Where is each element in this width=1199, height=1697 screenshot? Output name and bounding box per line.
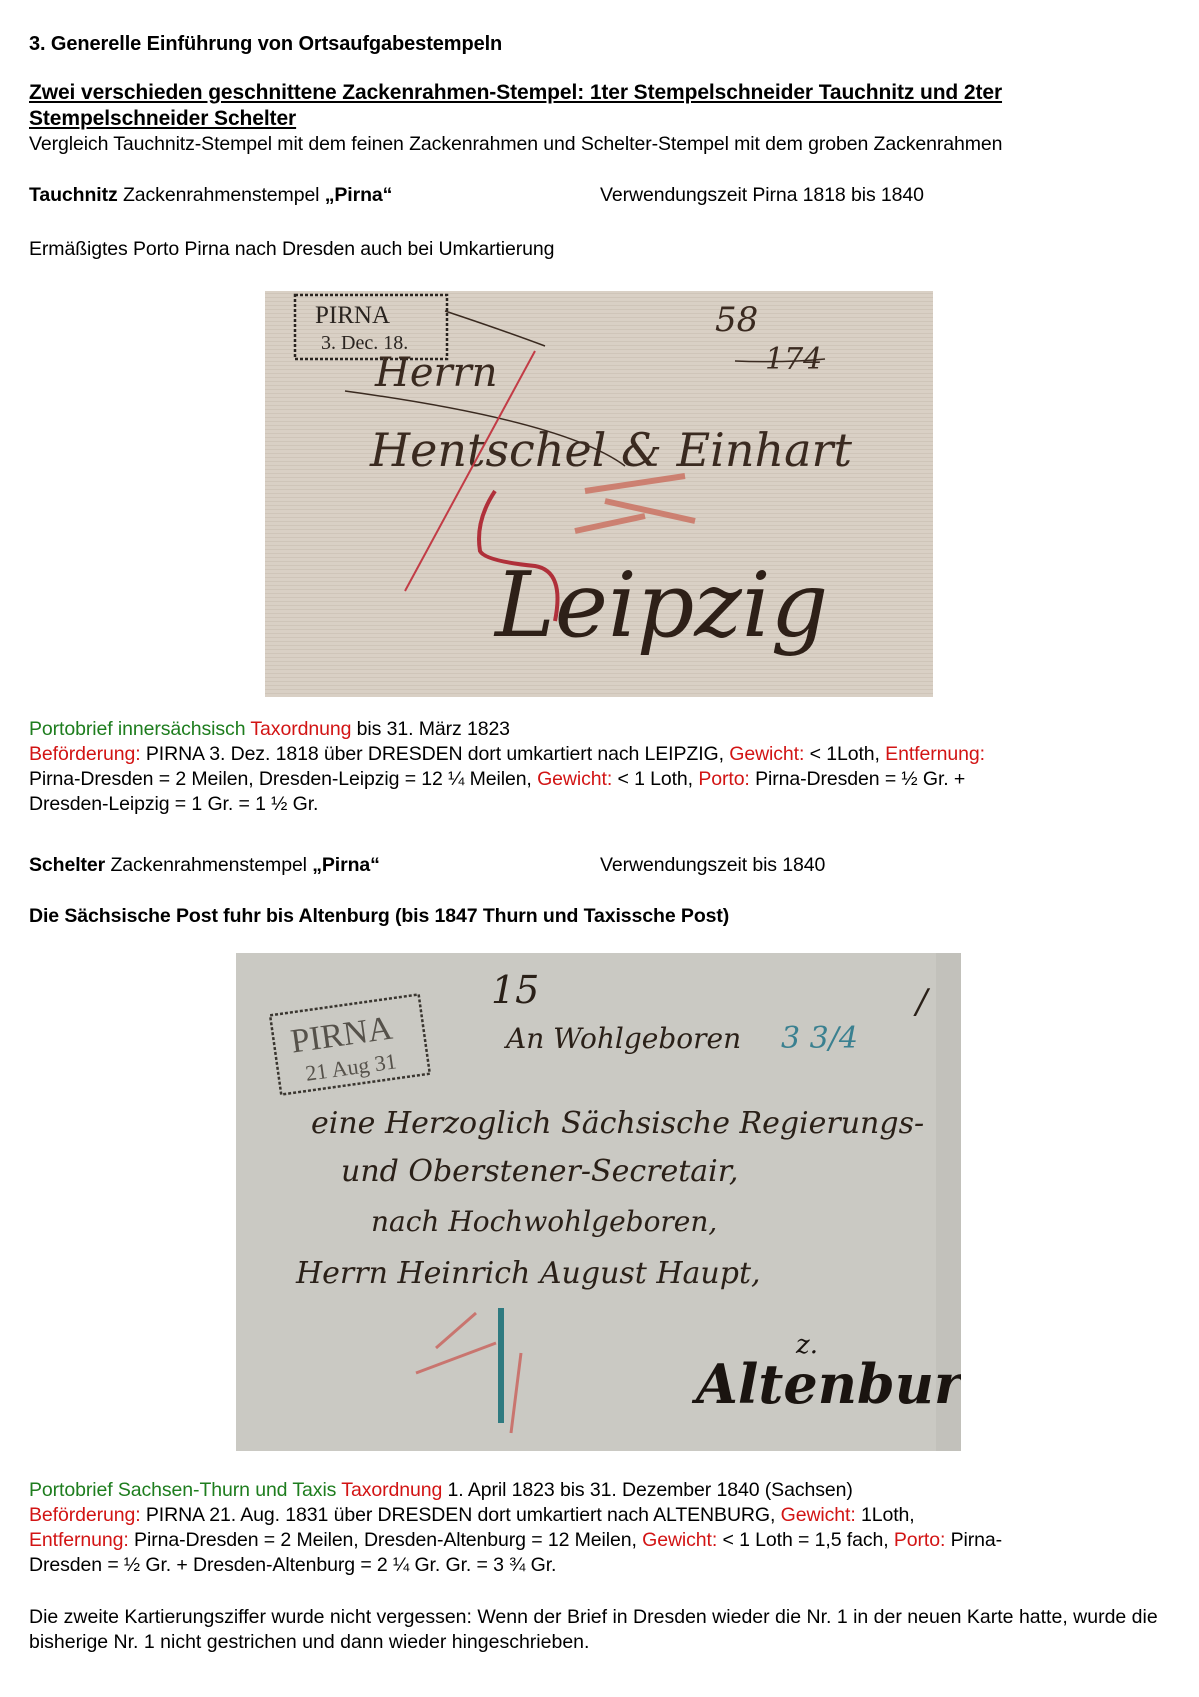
item2-desc-line-3: Entfernung: Pirna-Dresden = 2 Meilen, Dr… (29, 1528, 1002, 1553)
svg-text:Altenburg: Altenburg (691, 1352, 961, 1416)
gewicht-value: < 1Loth, (804, 743, 885, 765)
cover-image-pirna-altenburg: PIRNA 21 Aug 31 15 / 3 3/4 An Wohlgebore… (236, 953, 961, 1451)
svg-text:An Wohlgeboren: An Wohlgeboren (503, 1022, 741, 1055)
svg-text:PIRNA: PIRNA (315, 302, 390, 329)
gewicht-value-2: < 1 Loth = 1,5 fach, (717, 1529, 894, 1551)
taxordnung-value: 1. April 1823 bis 31. Dezember 1840 (Sac… (442, 1479, 853, 1501)
item2-desc-line-2: Beförderung: PIRNA 21. Aug. 1831 über DR… (29, 1503, 915, 1528)
befoerderung-value: PIRNA 3. Dez. 1818 über DRESDEN dort umk… (141, 743, 730, 765)
gewicht-value: 1Loth, (856, 1504, 915, 1526)
svg-text:und Oberstener-Secretair,: und Oberstener-Secretair, (341, 1154, 738, 1189)
porto-value: Pirna-Dresden = ½ Gr. + (750, 768, 965, 790)
entfernung-value: Pirna-Dresden = 2 Meilen, Dresden-Altenb… (129, 1529, 642, 1551)
cover-image-pirna-leipzig: PIRNA 3. Dec. 18. 58 174 Herrn Hentschel… (265, 291, 933, 697)
svg-text:eine Herzoglich Sächsische Reg: eine Herzoglich Sächsische Regierungs- (311, 1106, 924, 1141)
label-taxordnung: Taxordnung (336, 1479, 442, 1501)
item2-stamp-type: Zackenrahmenstempel (105, 854, 312, 876)
item1-stamp-name: „Pirna“ (325, 184, 393, 206)
entfernung-value: Pirna-Dresden = 2 Meilen, Dresden-Leipzi… (29, 768, 537, 790)
svg-text:15: 15 (491, 968, 539, 1012)
porto-value: Pirna- (945, 1529, 1002, 1551)
svg-text:3 3/4: 3 3/4 (781, 1021, 858, 1056)
item1-stamp-type: Zackenrahmenstempel (118, 184, 325, 206)
label-porto: Porto: (894, 1529, 945, 1551)
subtitle-line-1: Zwei verschieden geschnittene Zackenrahm… (29, 80, 1002, 106)
item1-desc-line-2: Beförderung: PIRNA 3. Dez. 1818 über DRE… (29, 742, 985, 767)
item1-cutter: Tauchnitz (29, 184, 118, 206)
label-gewicht-2: Gewicht: (642, 1529, 717, 1551)
postal-category: Portobrief innersächsisch (29, 718, 245, 740)
label-gewicht-2: Gewicht: (537, 768, 612, 790)
item2-stamp-name: „Pirna“ (312, 854, 380, 876)
item2-heading: Schelter Zackenrahmenstempel „Pirna“ (29, 853, 380, 878)
letter-illustration-2: PIRNA 21 Aug 31 15 / 3 3/4 An Wohlgebore… (236, 953, 961, 1451)
label-entfernung: Entfernung: (29, 1529, 129, 1551)
item1-note: Ermäßigtes Porto Pirna nach Dresden auch… (29, 237, 554, 262)
svg-text:Herrn Heinrich August Haupt,: Herrn Heinrich August Haupt, (295, 1256, 761, 1291)
gewicht-value-2: < 1 Loth, (612, 768, 698, 790)
label-befoerderung: Beförderung: (29, 1504, 141, 1526)
footnote: Die zweite Kartierungsziffer wurde nicht… (29, 1605, 1169, 1655)
label-entfernung: Entfernung: (885, 743, 985, 765)
item2-desc-line-1: Portobrief Sachsen-Thurn und Taxis Taxor… (29, 1478, 853, 1503)
item1-desc-line-3: Pirna-Dresden = 2 Meilen, Dresden-Leipzi… (29, 767, 965, 792)
svg-text:nach Hochwohlgeboren,: nach Hochwohlgeboren, (371, 1205, 717, 1238)
letter-illustration-1: PIRNA 3. Dec. 18. 58 174 Herrn Hentschel… (265, 291, 933, 697)
svg-text:Hentschel & Einhart: Hentschel & Einhart (369, 423, 853, 477)
section-title: 3. Generelle Einführung von Ortsaufgabes… (29, 32, 502, 57)
item2-desc-line-4: Dresden = ½ Gr. + Dresden-Altenburg = 2 … (29, 1553, 556, 1578)
label-befoerderung: Beförderung: (29, 743, 141, 765)
befoerderung-value: PIRNA 21. Aug. 1831 über DRESDEN dort um… (141, 1504, 781, 1526)
item1-usage: Verwendungszeit Pirna 1818 bis 1840 (600, 183, 924, 208)
subtitle-line-2: Stempelschneider Schelter (29, 106, 296, 132)
label-gewicht: Gewicht: (729, 743, 804, 765)
item1-desc-line-4: Dresden-Leipzig = 1 Gr. = 1 ½ Gr. (29, 792, 318, 817)
svg-text:Herrn: Herrn (374, 350, 498, 396)
label-porto: Porto: (698, 768, 749, 790)
item2-usage: Verwendungszeit bis 1840 (600, 853, 825, 878)
label-taxordnung: Taxordnung (245, 718, 351, 740)
svg-text:58: 58 (715, 300, 758, 340)
svg-text:z.: z. (795, 1330, 818, 1360)
item1-desc-line-1: Portobrief innersächsisch Taxordnung bis… (29, 717, 510, 742)
item2-note: Die Sächsische Post fuhr bis Altenburg (… (29, 904, 729, 929)
label-gewicht: Gewicht: (781, 1504, 856, 1526)
item2-cutter: Schelter (29, 854, 105, 876)
postal-category: Portobrief Sachsen-Thurn und Taxis (29, 1479, 336, 1501)
comparison-text: Vergleich Tauchnitz-Stempel mit dem fein… (29, 132, 1002, 157)
taxordnung-value: bis 31. März 1823 (351, 718, 510, 740)
item1-heading: Tauchnitz Zackenrahmenstempel „Pirna“ (29, 183, 392, 208)
